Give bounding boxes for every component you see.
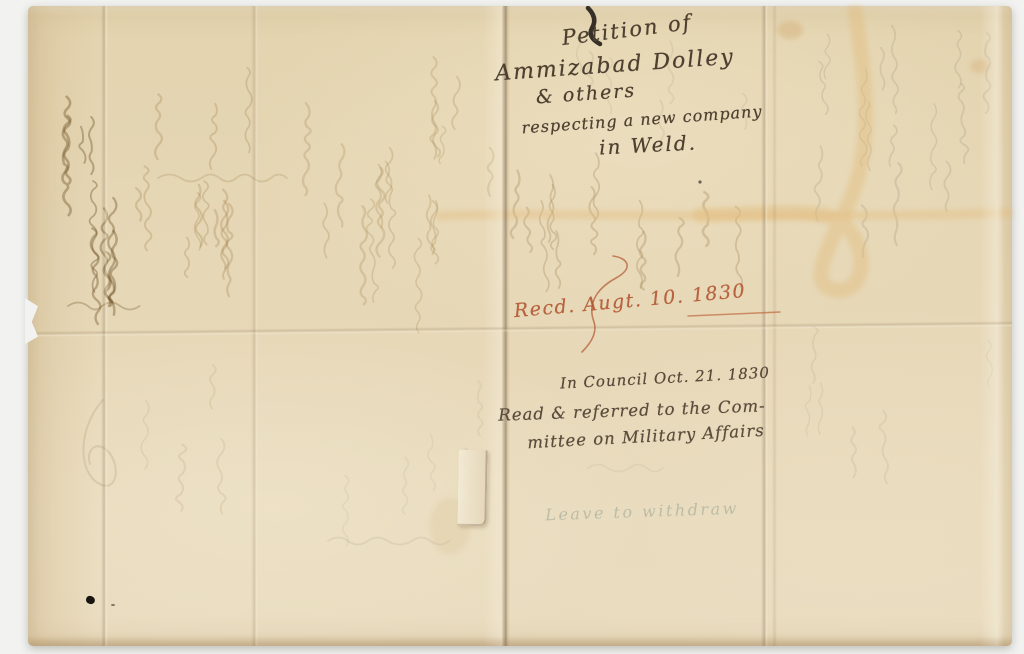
ink-flourish — [588, 8, 600, 44]
petition-document: Petition of Ammizabad Dolley & others re… — [28, 6, 1012, 646]
ink-marks — [28, 6, 1012, 646]
ink-speck-dot — [698, 180, 701, 183]
red-ink-underline — [688, 312, 780, 316]
red-ink-flourish — [582, 256, 627, 352]
scan-background: Petition of Ammizabad Dolley & others re… — [0, 0, 1024, 654]
ink-speck — [111, 604, 115, 606]
